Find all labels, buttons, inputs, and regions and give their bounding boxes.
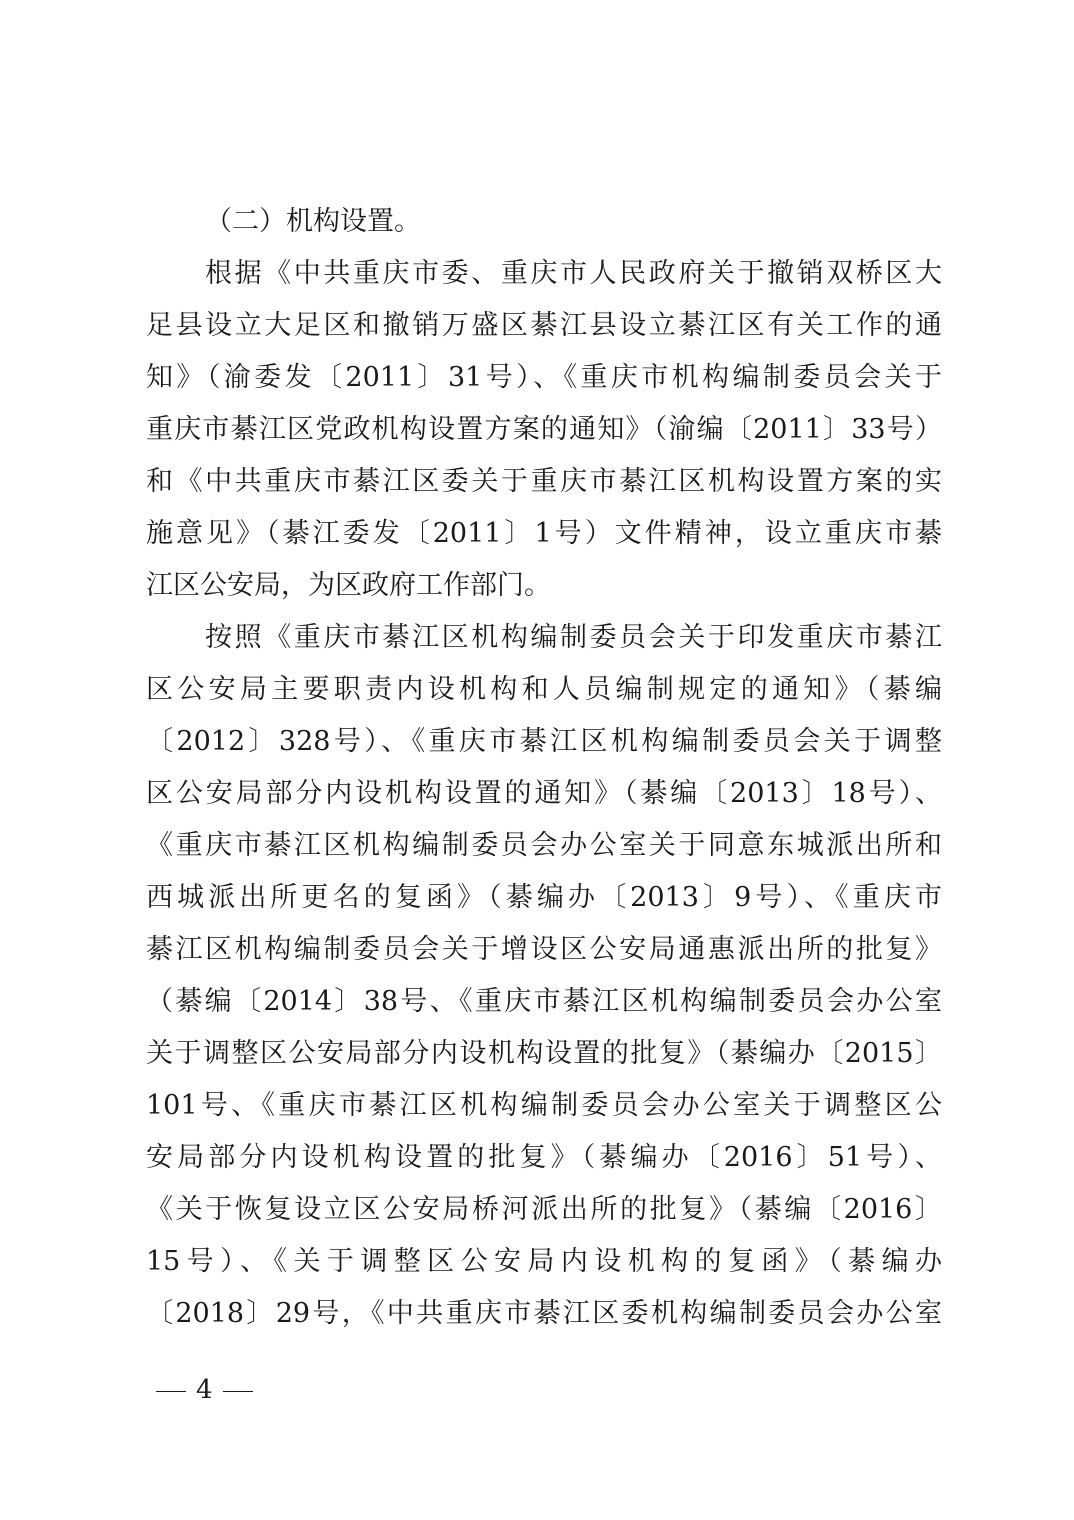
paragraph-2-line-11: 安局部分内设机构设置的批复》（綦编办〔2016〕51号）、 — [146, 1138, 942, 1178]
paragraph-1-line-3: 知》（渝委发〔2011〕31号）、《重庆市机构编制委员会关于 — [146, 358, 942, 398]
paragraph-1-line-6: 施意见》（綦江委发〔2011〕1号）文件精神，设立重庆市綦 — [146, 514, 942, 554]
paragraph-2-line-4: 区公安局部分内设机构设置的通知》（綦编〔2013〕18号）、 — [146, 774, 942, 814]
paragraph-2-line-8: （綦编〔2014〕38号、《重庆市綦江区机构编制委员会办公室 — [146, 982, 942, 1022]
paragraph-2-line-14: 〔2018〕29号，《中共重庆市綦江区委机构编制委员会办公室 — [146, 1294, 942, 1334]
document-page: （二）机构设置。 根据《中共重庆市委、重庆市人民政府关于撤销双桥区大 足县设立大… — [0, 0, 1074, 1520]
footer-dash-left — [156, 1391, 186, 1392]
paragraph-2-line-7: 綦江区机构编制委员会关于增设区公安局通惠派出所的批复》 — [146, 930, 942, 970]
paragraph-2-line-13: 15号）、《关于调整区公安局内设机构的复函》（綦编办 — [146, 1242, 942, 1282]
paragraph-1-line-1: 根据《中共重庆市委、重庆市人民政府关于撤销双桥区大 — [205, 254, 942, 294]
paragraph-2-line-3: 〔2012〕328号）、《重庆市綦江区机构编制委员会关于调整 — [146, 722, 942, 762]
paragraph-2-line-12: 《关于恢复设立区公安局桥河派出所的批复》（綦编〔2016〕 — [146, 1190, 942, 1230]
footer-dash-right — [223, 1391, 253, 1392]
paragraph-2-line-2: 区公安局主要职责内设机构和人员编制规定的通知》（綦编 — [146, 670, 942, 710]
paragraph-1-line-4: 重庆市綦江区党政机构设置方案的通知》（渝编〔2011〕33号） — [146, 410, 942, 450]
paragraph-1-line-5: 和《中共重庆市綦江区委关于重庆市綦江区机构设置方案的实 — [146, 462, 942, 502]
paragraph-2-line-1: 按照《重庆市綦江区机构编制委员会关于印发重庆市綦江 — [205, 618, 942, 658]
paragraph-1-line-2: 足县设立大足区和撤销万盛区綦江县设立綦江区有关工作的通 — [146, 306, 942, 346]
paragraph-2-line-6: 西城派出所更名的复函》（綦编办〔2013〕9号）、《重庆市 — [146, 878, 942, 918]
paragraph-1-line-7: 江区公安局，为区政府工作部门。 — [146, 566, 942, 606]
paragraph-2-line-9: 关于调整区公安局部分内设机构设置的批复》（綦编办〔2015〕 — [146, 1034, 942, 1074]
paragraph-2-line-5: 《重庆市綦江区机构编制委员会办公室关于同意东城派出所和 — [146, 826, 942, 866]
page-number: 4 — [196, 1375, 213, 1405]
page-footer: 4 — [146, 1372, 263, 1408]
section-heading: （二）机构设置。 — [205, 202, 942, 242]
paragraph-2-line-10: 101号、《重庆市綦江区机构编制委员会办公室关于调整区公 — [146, 1086, 942, 1126]
